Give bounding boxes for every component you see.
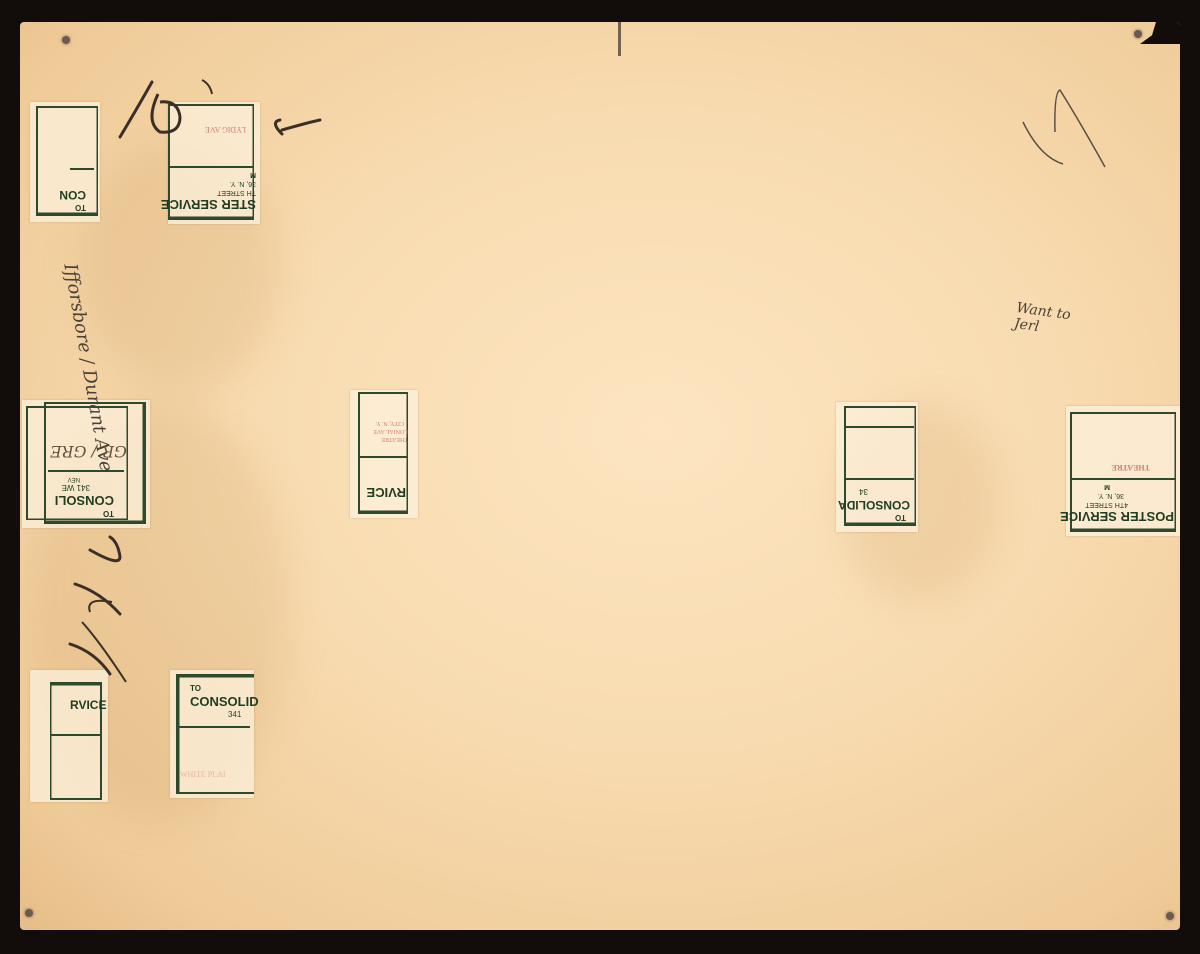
pencil-marks xyxy=(20,22,1180,930)
handwritten-note: GR / GRE xyxy=(50,442,127,461)
poster-board-back: TO CON STER SERVICE TH STREET 36, N. Y. … xyxy=(20,22,1180,930)
